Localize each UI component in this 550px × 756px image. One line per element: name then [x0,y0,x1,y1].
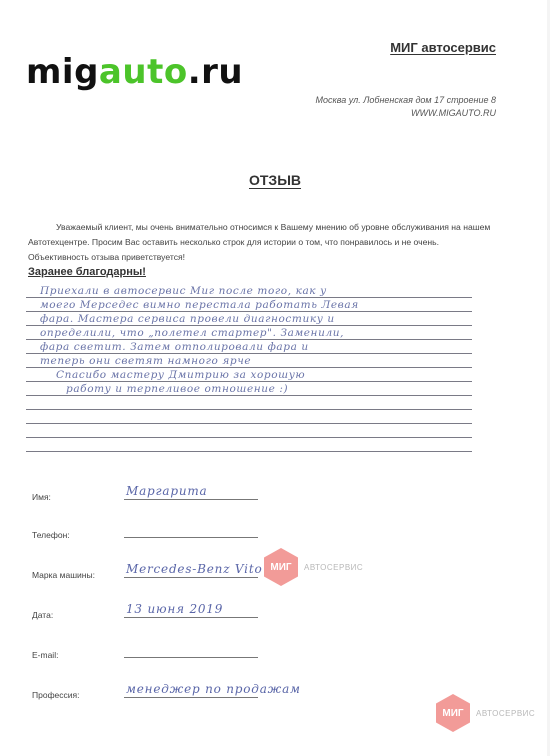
field-underline [124,697,258,698]
review-text: работу и терпеливое отношение :) [66,383,288,395]
review-text: фара светит. Затем отполировали фара и [40,341,309,353]
field-label: Дата: [32,610,53,620]
field-underline [124,537,258,538]
field-underline [124,577,258,578]
watermark-badge-corner: МИГ АВТОСЕРВИС [436,694,535,732]
logo-part-ru: .ru [188,52,243,92]
field-phone: Телефон: [28,512,448,542]
hexagon-logo-icon: МИГ [436,694,470,732]
field-value: Маргарита [126,484,208,498]
field-car-brand: Марка машины: Mercedes-Benz Vito [28,552,448,582]
field-label: Профессия: [32,690,80,700]
address-block: Москва ул. Лобненская дом 17 строение 8 … [316,94,497,120]
field-value: 13 июня 2019 [126,602,223,616]
logo-part-mig: mig [26,52,99,92]
field-profession: Профессия: менеджер по продажам [28,672,448,702]
field-label: Телефон: [32,530,70,540]
review-text: Приехали в автосервис Миг после того, ка… [40,285,327,297]
review-line [26,424,472,438]
review-text: моего Мерседес вимно перестала работать … [40,299,359,311]
migauto-logo: migauto.ru [26,52,243,92]
field-underline [124,499,258,500]
review-line: моего Мерседес вимно перестала работать … [26,298,472,312]
review-line [26,438,472,452]
field-value: менеджер по продажам [126,682,301,696]
logo-part-auto: auto [99,52,188,92]
field-label: E-mail: [32,650,58,660]
review-text: фара. Мастера сервиса провели диагностик… [40,313,335,325]
review-line [26,396,472,410]
review-text: определили, что „полетел стартер". Замен… [40,327,344,339]
field-underline [124,617,258,618]
watermark-badge: МИГ АВТОСЕРВИС [264,548,363,586]
brand-name: МИГ автосервис [390,40,496,55]
watermark-service-text: АВТОСЕРВИС [476,709,535,718]
review-text: Спасибо мастеру Дмитрию за хорошую [56,369,305,381]
review-line: работу и терпеливое отношение :) [26,382,472,396]
field-date: Дата: 13 июня 2019 [28,592,448,622]
intro-text: Уважаемый клиент, мы очень внимательно о… [28,220,498,265]
website-text: WWW.MIGAUTO.RU [316,107,497,120]
hexagon-logo-icon: МИГ [264,548,298,586]
field-email: E-mail: [28,632,448,662]
review-line: определили, что „полетел стартер". Замен… [26,326,472,340]
form-title: ОТЗЫВ [0,172,550,188]
review-line: теперь они светят намного ярче [26,354,472,368]
review-text: теперь они светят намного ярче [40,355,251,367]
review-line: Приехали в автосервис Миг после того, ка… [26,284,472,298]
thanks-heading: Заранее благодарны! [28,266,146,278]
review-line: фара светит. Затем отполировали фара и [26,340,472,354]
field-label: Имя: [32,492,51,502]
field-label: Марка машины: [32,570,95,580]
review-line: фара. Мастера сервиса провели диагностик… [26,312,472,326]
review-lines: Приехали в автосервис Миг после того, ка… [26,284,472,452]
field-value: Mercedes-Benz Vito [126,562,262,576]
review-line: Спасибо мастеру Дмитрию за хорошую [26,368,472,382]
field-underline [124,657,258,658]
address-line: Москва ул. Лобненская дом 17 строение 8 [316,94,497,107]
review-line [26,410,472,424]
field-name: Имя: Маргарита [28,474,448,504]
watermark-service-text: АВТОСЕРВИС [304,563,363,572]
